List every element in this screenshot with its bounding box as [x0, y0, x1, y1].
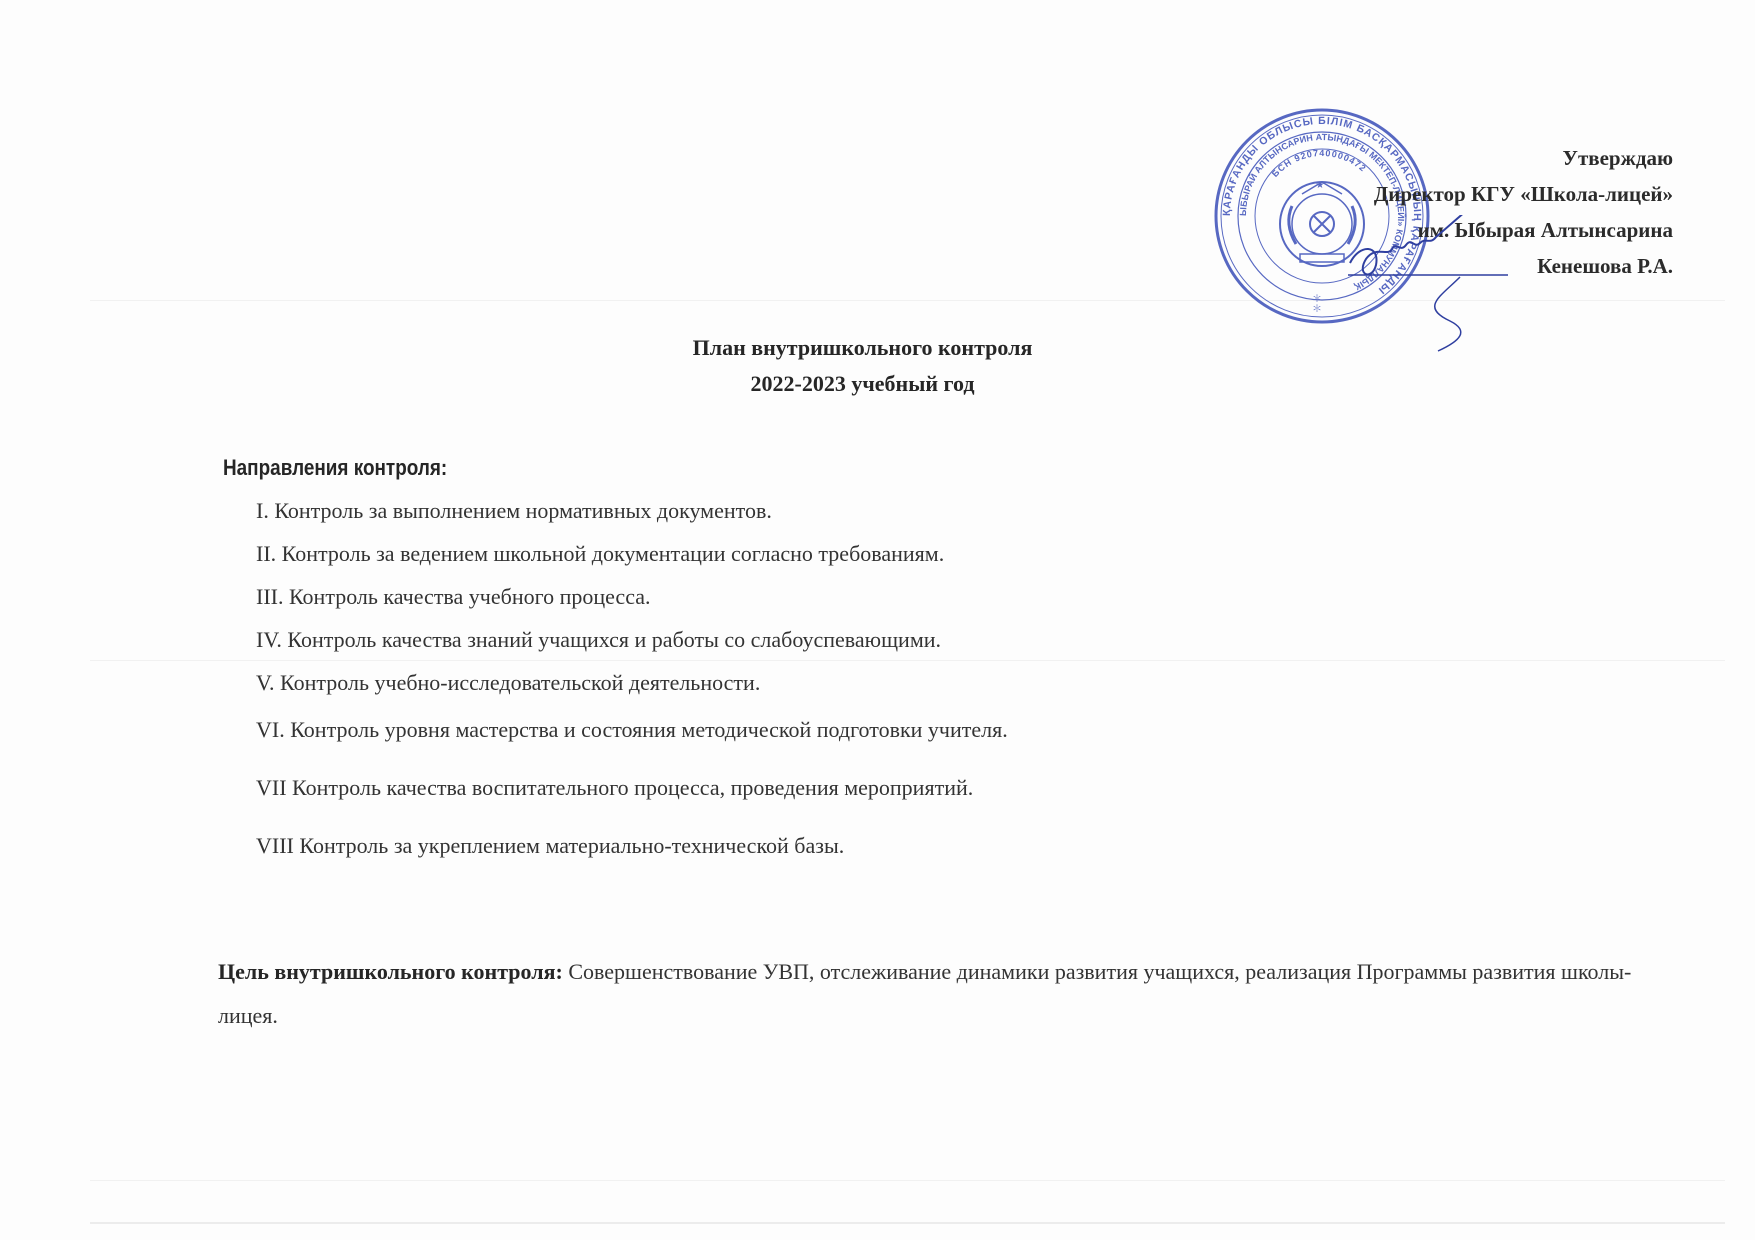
- direction-item: II. Контроль за ведением школьной докуме…: [256, 541, 944, 567]
- document-page: ҚАРАҒАНДЫ ОБЛЫСЫ БІЛІМ БАСҚАРМАСЫНЫҢ ҚАР…: [0, 0, 1755, 1240]
- title-line-2: 2022-2023 учебный год: [0, 366, 1740, 402]
- direction-item: IV. Контроль качества знаний учащихся и …: [256, 627, 941, 653]
- svg-text:★: ★: [1316, 180, 1325, 191]
- direction-item: VI. Контроль уровня мастерства и состоян…: [256, 717, 1008, 743]
- direction-item: I. Контроль за выполнением нормативных д…: [256, 498, 772, 524]
- title-line-1: План внутришкольного контроля: [0, 330, 1740, 366]
- scan-edge: [90, 1222, 1725, 1224]
- direction-item: V. Контроль учебно-исследовательской дея…: [256, 670, 760, 696]
- direction-item: III. Контроль качества учебного процесса…: [256, 584, 651, 610]
- control-goal: Цель внутришкольного контроля: Совершенс…: [218, 950, 1658, 1038]
- svg-text:БСН 920740000472: БСН 920740000472: [1270, 148, 1369, 179]
- document-title: План внутришкольного контроля 2022-2023 …: [0, 330, 1755, 402]
- directions-heading: Направления контроля:: [223, 455, 447, 481]
- svg-text:＊: ＊: [1312, 304, 1322, 315]
- scan-artifact: [90, 660, 1725, 661]
- goal-label: Цель внутришкольного контроля:: [218, 959, 563, 984]
- approval-position: Директор КГУ «Школа-лицей»: [1374, 176, 1673, 212]
- approval-heading: Утверждаю: [1374, 140, 1673, 176]
- direction-item: VII Контроль качества воспитательного пр…: [256, 775, 973, 801]
- direction-item: VIII Контроль за укреплением материально…: [256, 833, 844, 859]
- scan-artifact: [90, 1180, 1725, 1181]
